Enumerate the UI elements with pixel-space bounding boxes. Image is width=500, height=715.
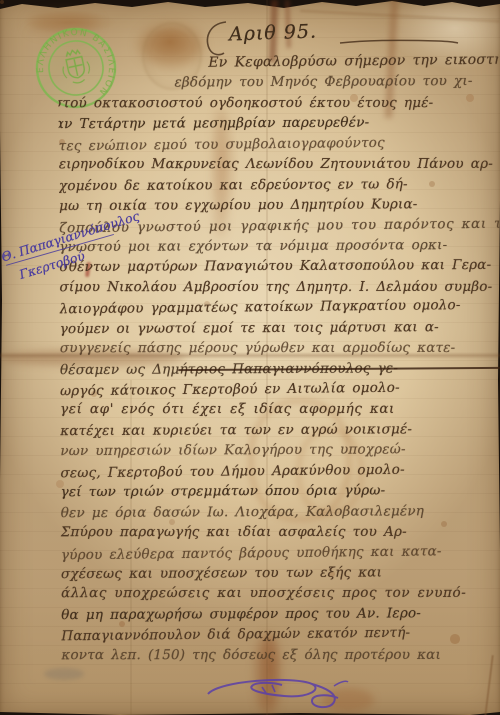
bottom-flourish-signature [200, 672, 350, 714]
manuscript-line: σχέσεως και υποσχέσεων του των εξής και [61, 562, 500, 585]
manuscript-line: άλλας υποχρεώσεις και υποσχέσεις προς το… [61, 583, 500, 604]
manuscript-line: σεως, Γκερτοβού του Δήμου Αρακύνθου ομολ… [60, 458, 500, 483]
paper-speckles [0, 0, 4, 4]
manuscript-line: λιοστού οκτακοσιοστού ογδοηκοστού έκτου … [58, 93, 498, 114]
manuscript-line: κοντα λεπ. (150) της δόσεως εξ όλης προτ… [61, 644, 500, 665]
manuscript-line: θεν με όρια δασών Ιω. Λιοχάρα, Καλοβασιλ… [61, 500, 500, 523]
manuscript-line: εβδόμην του Μηνός Φεβρουαρίου του χι- [58, 71, 498, 94]
manuscript-line: γούμεν οι γνωστοί εμοί τε και τοις μάρτυ… [60, 317, 500, 340]
manuscript-line: τες ενώπιον εμού του συμβολαιογραφούντος [59, 131, 499, 156]
manuscript-line: κατέχει και κυριεύει τα των εν αγρώ νοικ… [60, 419, 500, 442]
manuscript-line: συγγενείς πάσης μέρους γύρωθεν και αρμοδ… [60, 338, 500, 359]
manuscript-line: σίμου Νικολάου Αμβροσίου της Δημητρ. Ι. … [59, 277, 499, 298]
manuscript-line: ειρηνοδίκου Μακρυνείας Λεωνίδου Ζητουνιά… [59, 154, 499, 175]
flourish-graphic [200, 672, 350, 714]
manuscript-line: γύρου ελεύθερα παντός βάρους υποθήκης κα… [61, 540, 500, 565]
manuscript-line: σθέντων μαρτύρων Παναγιώτου Καλατσοπούλο… [59, 255, 499, 278]
manuscript-line: γεί αφ' ενός ότι έχει εξ ιδίας αφορμής κ… [60, 399, 500, 420]
manuscript-line: Σπύρου παραγωγής και ιδίαι ασφαλείς του … [61, 522, 500, 543]
document-header: Αριθ 95. [0, 20, 500, 54]
manuscript-body: Εν Κεφαλοβρύσω σήμερον την εικοστήν εβδό… [58, 51, 500, 715]
header-rule-line [338, 37, 460, 47]
manuscript-line: γεί των τριών στρεμμάτων όπου όρια γύρω- [61, 480, 500, 503]
manuscript-line: Παπαγιαννόπουλον διά δραχμών εκατόν πεντ… [61, 622, 500, 647]
manuscript-line: χομένου δε κατοίκου και εδρεύοντος εν τω… [59, 173, 499, 196]
document-number: Αριθ 95. [229, 20, 318, 45]
